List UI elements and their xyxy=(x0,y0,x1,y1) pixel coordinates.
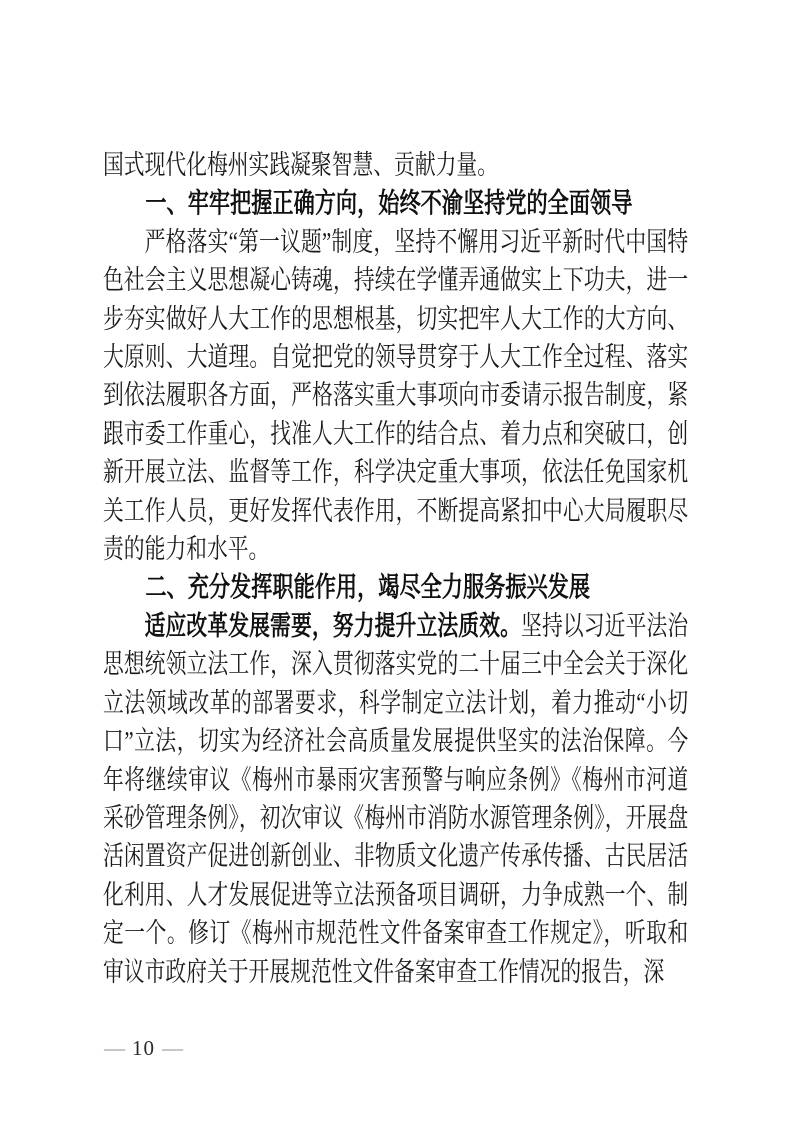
page-footer: — 10 — xyxy=(104,1034,183,1062)
paragraph-1: 严格落实“第一议题”制度，坚持不懈用习近平新时代中国特色社会主义思想凝心铸魂，持… xyxy=(103,223,688,569)
paragraph-2: 适应改革发展需要，努力提升立法质效。坚持以习近平法治思想统领立法工作，深入贯彻落… xyxy=(103,607,688,991)
paragraph-2-body: 坚持以习近平法治思想统领立法工作，深入贯彻落实党的二十届三中全会关于深化立法领域… xyxy=(103,611,688,987)
paragraph-2-lead-sentence: 适应改革发展需要，努力提升立法质效。 xyxy=(145,611,521,641)
page-number: 10 xyxy=(132,1036,155,1061)
section-heading-2: 二、充分发挥职能作用，竭尽全力服务振兴发展 xyxy=(103,568,688,606)
section-heading-1: 一、牢牢把握正确方向，始终不渝坚持党的全面领导 xyxy=(103,184,688,222)
page-body: 国式现代化梅州实践凝聚智慧、贡献力量。 一、牢牢把握正确方向，始终不渝坚持党的全… xyxy=(103,146,688,991)
document-page: 国式现代化梅州实践凝聚智慧、贡献力量。 一、牢牢把握正确方向，始终不渝坚持党的全… xyxy=(0,0,793,1122)
paragraph-continuation: 国式现代化梅州实践凝聚智慧、贡献力量。 xyxy=(103,146,688,184)
footer-left-dash: — xyxy=(104,1038,125,1059)
footer-right-dash: — xyxy=(162,1038,183,1059)
